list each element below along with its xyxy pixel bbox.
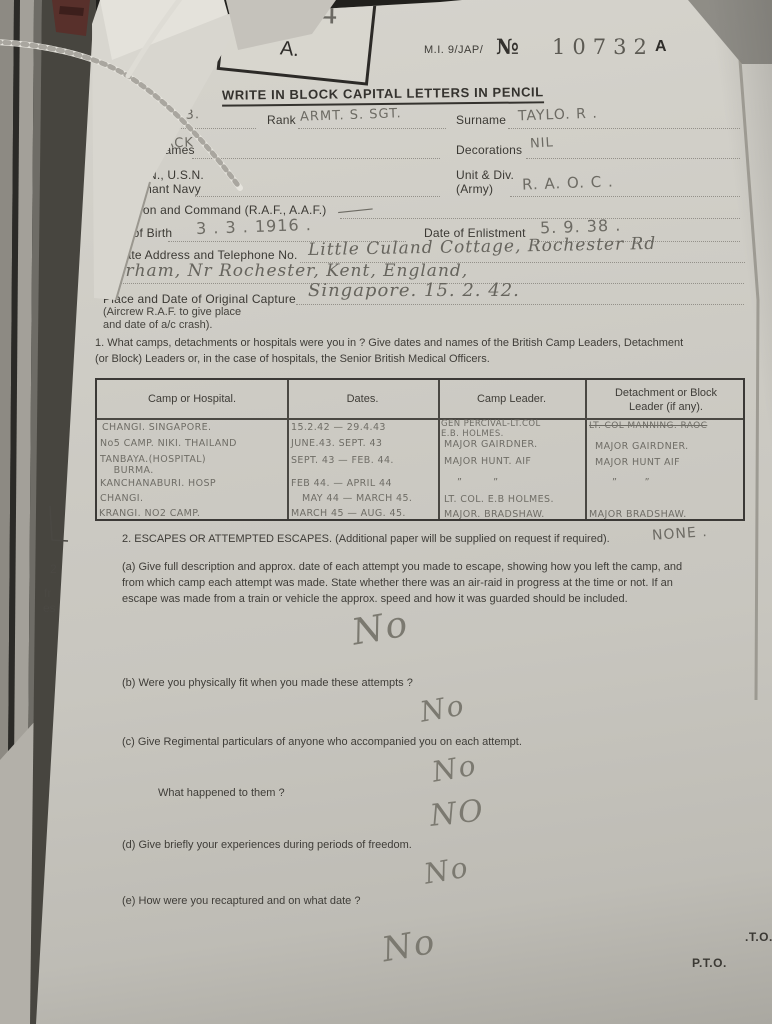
surname-line [508, 128, 740, 129]
cell-camp-6: KRANGI. NO2 CAMP. [99, 509, 200, 520]
camps-table: Camp or Hospital. Dates. Camp Leader. De… [95, 378, 745, 521]
question-2b-text: (b) Were you physically fit when you mad… [122, 676, 622, 692]
cell-detachment-2: MAJOR GAIRDNER. [595, 442, 689, 453]
question-2d-text: (d) Give briefly your experiences during… [122, 838, 622, 854]
capture-note-2: and date of a/c crash). [103, 319, 212, 331]
cell-dates-3: SEPT. 43 — FEB. 44. [291, 456, 394, 467]
cell-camp-4: KANCHANABURI. HOSP [100, 479, 216, 490]
photo-of-document: NFIDENTIAL DEC № 14 A. M.I. 9/JAP/ № 107… [0, 0, 772, 1024]
address-value-2: Burham, Nr Rochester, Kent, England, [100, 261, 468, 281]
question-1-text: 1. What camps, detachments or hospitals … [95, 336, 755, 368]
answer-e: No [379, 922, 439, 971]
cell-camp-3: TANBAYA.(HOSPITAL) BURMA. [100, 455, 206, 477]
underpage-fragment-fr: fr [44, 586, 51, 600]
cell-dates-1: 15.2.42 — 29.4.43 [291, 423, 386, 434]
pto-label: P.T.O. [692, 956, 727, 970]
cell-dates-2: JUNE.43. SEPT. 43 [291, 439, 382, 450]
page-edge-strip [12, 0, 34, 1024]
ref-number: 10732 [552, 35, 654, 59]
cell-leader-5: LT. COL. E.B HOLMES. [444, 495, 554, 506]
underpage-fragment-2: 2 [50, 562, 57, 576]
christian-names-line [192, 158, 440, 159]
ref-prefix: M.I. 9/JAP/ [424, 44, 483, 56]
cell-dates-4: FEB 44. — APRIL 44 [291, 479, 392, 490]
service-no-label: No. [103, 113, 122, 127]
cell-leader-3: MAJOR HUNT. AIF [444, 457, 531, 468]
page-edge-strip [6, 0, 20, 1024]
underpage-fragment-es: es [43, 601, 56, 615]
question-2c2-text: What happened to them ? [158, 786, 458, 802]
confidential-label: NFIDENTIAL [120, 29, 213, 49]
capture-note-1: (Aircrew R.A.F. to give place [103, 306, 241, 318]
cell-leader-2: MAJOR GAIRDNER. [444, 440, 538, 451]
red-binding-stripe [59, 6, 84, 16]
question-2-heading: 2. ESCAPES OR ATTEMPTED ESCAPES. (Additi… [122, 532, 682, 548]
address-label: Private Address and Telephone No. [103, 248, 298, 262]
cell-detachment-6: MAJOR BRADSHAW. [589, 510, 687, 521]
col-header-camp: Camp or Hospital. [97, 392, 287, 406]
cell-dates-5: MAY 44 — MARCH 45. [302, 494, 412, 505]
page-edge-strip [0, 0, 14, 1024]
cell-camp-1: CHANGI. SINGAPORE. [102, 423, 211, 434]
service-no-line [126, 128, 256, 129]
capture-value: Singapore. 15. 2. 42. [308, 280, 520, 301]
answer-b: No [417, 688, 467, 728]
surname-label: Surname [456, 113, 506, 127]
ship-line [195, 196, 440, 197]
stamp-no-label: № [243, 0, 266, 24]
col-header-leader: Camp Leader. [438, 392, 585, 406]
ref-letter: A [655, 38, 668, 56]
cell-leader-6: MAJOR. BRADSHAW. [444, 510, 545, 521]
page-edge-strip [26, 0, 42, 1024]
capture-line [296, 304, 744, 305]
address-value-1: Little Culand Cottage, Rochester Rd [308, 234, 657, 260]
table-header-rule [97, 418, 743, 420]
answer-c2: NO [428, 793, 486, 834]
unit-label-2: (Army) [456, 182, 493, 196]
capture-label: Place and Date of Original Capture [103, 292, 296, 306]
dob-value: 3 . 3 . 1916 . [196, 215, 312, 238]
stamp-no-value: 14 [302, 0, 338, 31]
unit-label-1: Unit & Div. [456, 168, 514, 182]
cell-leader-1: GEN PERCIVAL-LT.COL E.B. HOLMES. [441, 420, 541, 440]
question-2c-text: (c) Give Regimental particulars of anyon… [122, 735, 682, 751]
ship-label-2: or Merchant Navy [103, 182, 201, 196]
answer-d: No [421, 850, 471, 890]
cell-detachment-4: ” ” [612, 478, 650, 489]
ship-label-1: Ship (R.N., U.S.N. [103, 168, 204, 182]
cell-detachment-1: LT. COL MANNING. RAOC [589, 421, 707, 431]
question-2a-text: (a) Give full description and approx. da… [122, 560, 758, 608]
christian-names-value: JACK [160, 135, 194, 151]
instruction-title: WRITE IN BLOCK CAPITAL LETTERS IN PENCIL [222, 84, 544, 106]
decorations-label: Decorations [456, 143, 522, 157]
answer-c: No [429, 748, 479, 788]
answer-none: NONE . [652, 524, 709, 544]
pto-fragment-underpage: .T.O. [745, 930, 772, 944]
unit-value: R. A. O. C . [522, 172, 614, 193]
unit-line [510, 196, 740, 197]
col-header-detachment: Detachment or Block Leader (if any). [585, 386, 747, 415]
cell-dates-6: MARCH 45 — AUG. 45. [291, 509, 406, 520]
rank-line [298, 128, 446, 129]
question-2e-text: (e) How were you recaptured and on what … [122, 894, 622, 910]
stamp-letter: A. [279, 37, 300, 62]
service-no-value: 7540843. [130, 107, 201, 126]
cell-detachment-3: MAJOR HUNT AIF [595, 458, 680, 469]
col-header-dates: Dates. [287, 392, 438, 406]
dob-label: Date of Birth [103, 226, 172, 240]
cell-camp-2: No5 CAMP. NIKI. THAILAND [100, 439, 237, 450]
received-stamp: DEC № 14 A. [217, 0, 380, 86]
rank-label: Rank [267, 113, 296, 127]
rank-value: ARMT. S. SGT. [300, 106, 402, 125]
form-page: NFIDENTIAL DEC № 14 A. M.I. 9/JAP/ № 107… [0, 0, 772, 1024]
decorations-line [526, 158, 740, 159]
ref-no-symbol: № [496, 34, 519, 59]
decorations-value: NIL [530, 135, 555, 151]
answer-a: No [349, 603, 412, 653]
cell-leader-4: ” ” [457, 478, 498, 489]
cell-camp-5: CHANGI. [100, 494, 143, 505]
red-binding-object [52, 0, 90, 36]
surname-value: TAYLO. R . [518, 106, 598, 125]
